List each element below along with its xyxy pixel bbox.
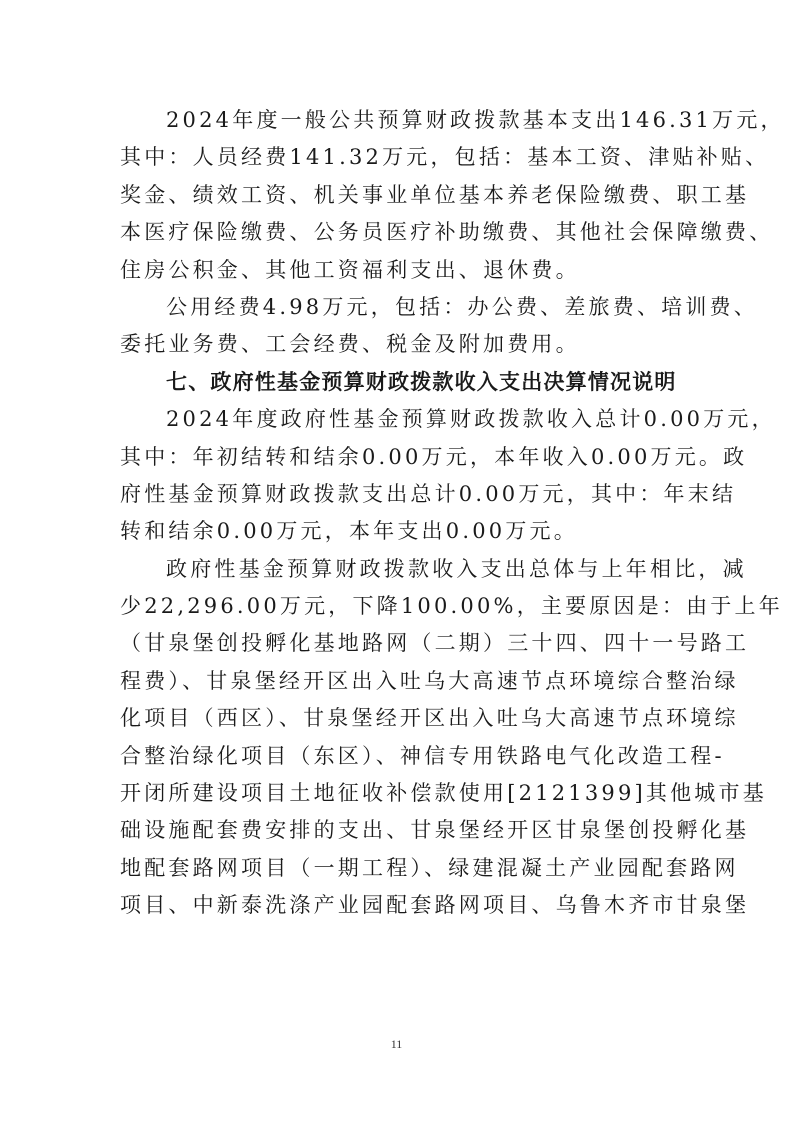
paragraph-line: 开闭所建设项目土地征收补偿款使用[2121399]其他城市基 (120, 775, 676, 812)
paragraph-line: 项目、中新泰洗涤产业园配套路网项目、乌鲁木齐市甘泉堡 (120, 887, 676, 924)
paragraph-line: 程费）、甘泉堡经开区出入吐乌大高速节点环境综合整治绿 (120, 663, 676, 700)
paragraph-line: 2024年度政府性基金预算财政拨款收入总计0.00万元， (120, 401, 676, 438)
paragraph-line: 合整治绿化项目（东区）、神信专用铁路电气化改造工程- (120, 738, 676, 775)
paragraph-line: 础设施配套费安排的支出、甘泉堡经开区甘泉堡创投孵化基 (120, 812, 676, 849)
page-number: 11 (0, 1037, 793, 1052)
paragraph-line: 转和结余0.00万元，本年支出0.00万元。 (120, 513, 676, 550)
paragraph-line: 奖金、绩效工资、机关事业单位基本养老保险缴费、职工基 (120, 177, 676, 214)
paragraph-line: 2024年度一般公共预算财政拨款基本支出146.31万元， (120, 102, 676, 139)
paragraph-line: 政府性基金预算财政拨款收入支出总体与上年相比，减 (120, 551, 676, 588)
document-page: 2024年度一般公共预算财政拨款基本支出146.31万元， 其中：人员经费141… (120, 102, 676, 925)
paragraph-line: 委托业务费、工会经费、税金及附加费用。 (120, 326, 676, 363)
paragraph-line: 府性基金预算财政拨款支出总计0.00万元，其中：年末结 (120, 476, 676, 513)
paragraph-line: 其中：人员经费141.32万元，包括：基本工资、津贴补贴、 (120, 139, 676, 176)
section-heading: 七、政府性基金预算财政拨款收入支出决算情况说明 (120, 364, 676, 401)
paragraph-line: 化项目（西区）、甘泉堡经开区出入吐乌大高速节点环境综 (120, 700, 676, 737)
paragraph-line: 公用经费4.98万元，包括：办公费、差旅费、培训费、 (120, 289, 676, 326)
paragraph-line: 地配套路网项目（一期工程）、绿建混凝土产业园配套路网 (120, 850, 676, 887)
paragraph-line: 住房公积金、其他工资福利支出、退休费。 (120, 252, 676, 289)
paragraph-line: 其中：年初结转和结余0.00万元，本年收入0.00万元。政 (120, 439, 676, 476)
paragraph-line: 本医疗保险缴费、公务员医疗补助缴费、其他社会保障缴费、 (120, 214, 676, 251)
paragraph-line: （甘泉堡创投孵化基地路网（二期）三十四、四十一号路工 (120, 625, 676, 662)
paragraph-line: 少22,296.00万元，下降100.00%，主要原因是：由于上年 (120, 588, 676, 625)
